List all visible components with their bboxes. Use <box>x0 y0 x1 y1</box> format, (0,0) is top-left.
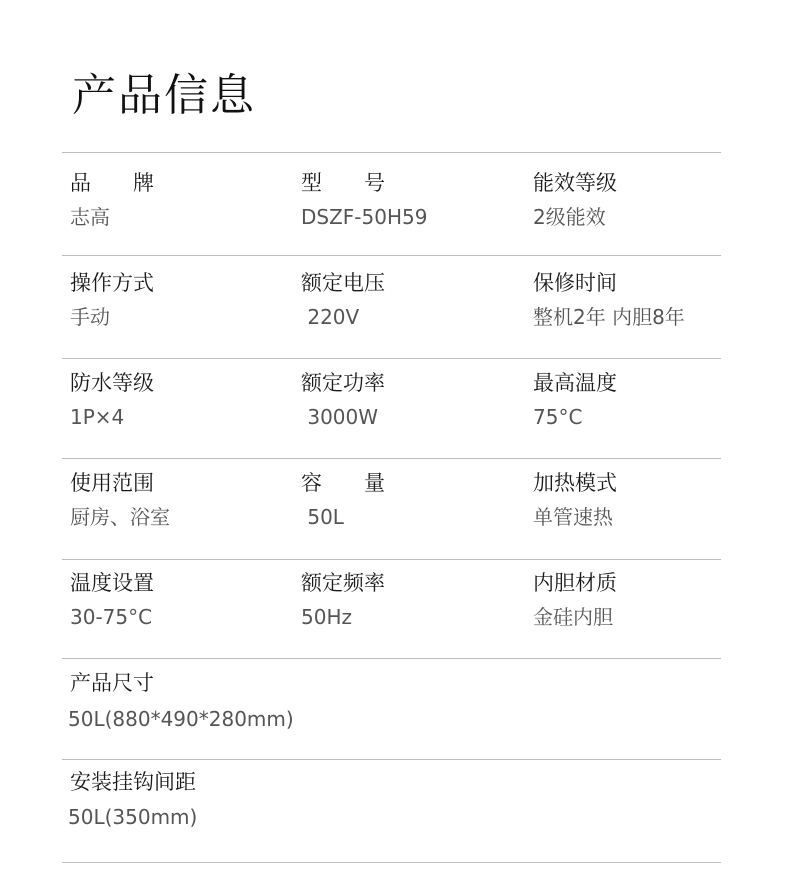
spec-value: 厨房、浴室 <box>70 504 170 530</box>
spec-value: 整机2年 内胆8年 <box>533 304 685 330</box>
divider <box>62 559 721 560</box>
spec-label: 容 量 <box>301 470 385 496</box>
divider <box>62 759 721 760</box>
spec-label: 额定电压 <box>301 270 385 296</box>
spec-label: 加热模式 <box>533 470 617 496</box>
spec-value: 2级能效 <box>533 204 606 230</box>
page-title: 产品信息 <box>72 68 256 124</box>
spec-label: 操作方式 <box>70 270 154 296</box>
spec-value: 50L(880*490*280mm) <box>68 706 294 732</box>
spec-value: 50L(350mm) <box>68 804 197 830</box>
divider <box>62 255 721 256</box>
divider <box>62 152 721 153</box>
spec-label: 安装挂钩间距 <box>70 769 196 795</box>
spec-value: 75°C <box>533 404 582 430</box>
spec-value: 220V <box>301 304 359 330</box>
spec-label: 品 牌 <box>70 170 154 196</box>
spec-label: 保修时间 <box>533 270 617 296</box>
divider <box>62 862 721 863</box>
spec-label: 最高温度 <box>533 370 617 396</box>
spec-value: 手动 <box>70 304 110 330</box>
spec-label: 防水等级 <box>70 370 154 396</box>
spec-label: 产品尺寸 <box>70 670 154 696</box>
spec-value: 1P×4 <box>70 404 124 430</box>
spec-label: 温度设置 <box>70 570 154 596</box>
spec-value: 30-75°C <box>70 604 152 630</box>
spec-value: 50L <box>301 504 344 530</box>
spec-value: 3000W <box>301 404 378 430</box>
spec-label: 使用范围 <box>70 470 154 496</box>
spec-value: DSZF-50H59 <box>301 204 427 230</box>
spec-label: 能效等级 <box>533 170 617 196</box>
spec-label: 额定功率 <box>301 370 385 396</box>
spec-value: 金硅内胆 <box>533 604 613 630</box>
divider <box>62 458 721 459</box>
divider <box>62 358 721 359</box>
spec-label: 内胆材质 <box>533 570 617 596</box>
divider <box>62 658 721 659</box>
spec-label: 额定频率 <box>301 570 385 596</box>
spec-value: 50Hz <box>301 604 352 630</box>
spec-label: 型 号 <box>301 170 385 196</box>
spec-value: 志高 <box>70 204 110 230</box>
spec-value: 单管速热 <box>533 504 613 530</box>
